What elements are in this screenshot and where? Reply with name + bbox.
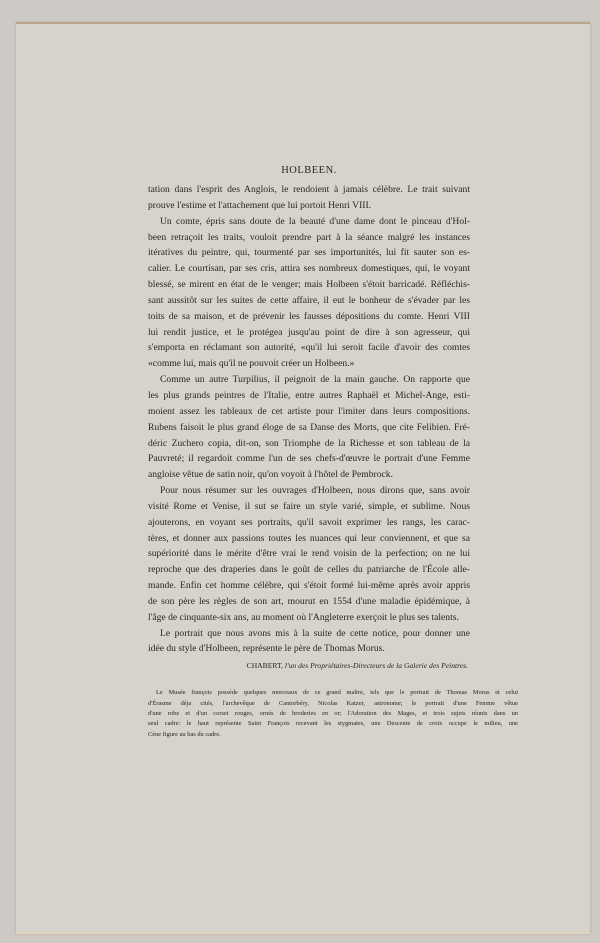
text-line: de son père les règles de son art, mouru… (148, 594, 470, 610)
footnote-line: seul cadre: le haut représente Saint Fra… (148, 719, 518, 729)
text-line: s'emporta en réclamant son autorité, «qu… (148, 340, 470, 356)
paragraph: tation dans l'esprit des Anglois, le ren… (148, 182, 470, 214)
text-line: prouve l'estime et l'attachement que lui… (148, 198, 470, 214)
text-line: Un comte, épris sans doute de la beauté … (148, 214, 470, 230)
footnote-line: Cène figure au bas du cadre. (148, 730, 518, 740)
text-line: mande. Enfin cet homme célèbre, qui s'ét… (148, 578, 470, 594)
text-line: Rubens faisoit le plus grand éloge de sa… (148, 420, 470, 436)
text-line: moient assez les tableaux de cet artiste… (148, 404, 470, 420)
paragraph: Le portrait que nous avons mis à la suit… (148, 626, 470, 658)
signature: CHABERT, l'un des Propriétaires-Directeu… (148, 661, 470, 670)
text-line: been retraçoit les traits, vouloit prend… (148, 230, 470, 246)
text-line: les plus grands peintres de l'Italie, en… (148, 388, 470, 404)
text-line: sant aussitôt sur les suites de cette af… (148, 293, 470, 309)
text-line: «comme lui, mais qu'il ne pouvoit créer … (148, 356, 470, 372)
text-line: Comme un autre Turpilius, il peignoit de… (148, 372, 470, 388)
text-line: idée du style d'Holbeen, représente le p… (148, 641, 470, 657)
text-line: Pauvreté; il regardoit comme l'un de ses… (148, 451, 470, 467)
text-line: blessé, se mirent en état de le venger; … (148, 277, 470, 293)
page-text: HOLBEEN. tation dans l'esprit des Angloi… (148, 163, 470, 740)
text-line: l'âge de cinquante-six ans, au moment où… (148, 610, 470, 626)
text-line: tères, et donner aux passions toutes les… (148, 531, 470, 547)
text-line: Le portrait que nous avons mis à la suit… (148, 626, 470, 642)
footnote-line: Le Musée françois possède quelques morce… (148, 688, 518, 698)
text-line: tation dans l'esprit des Anglois, le ren… (148, 182, 470, 198)
footnote-line: d'une robe et d'un corset rouges, ornés … (148, 709, 518, 719)
paragraph: Un comte, épris sans doute de la beauté … (148, 214, 470, 372)
text-line: déric Zuchero copia, dit-on, son Triomph… (148, 436, 470, 452)
footnote: Le Musée françois possède quelques morce… (148, 688, 518, 740)
paragraph: Pour nous résumer sur les ouvrages d'Hol… (148, 483, 470, 626)
signature-role: l'un des Propriétaires-Directeurs de la … (285, 661, 468, 670)
text-line: lui rendit justice, et le protégea jusqu… (148, 325, 470, 341)
footnote-line: d'Érasme déja cités, l'archevêque de Can… (148, 699, 518, 709)
text-line: ajouterons, en voyant ses portraits, qu'… (148, 515, 470, 531)
text-line: visité Rome et Venise, il sut se faire u… (148, 499, 470, 515)
text-line: Pour nous résumer sur les ouvrages d'Hol… (148, 483, 470, 499)
text-line: reproche que des draperies dans le goût … (148, 562, 470, 578)
text-line: toits de sa maison, et de prévenir les f… (148, 309, 470, 325)
text-line: calier. Le courtisan, par ses cris, atti… (148, 261, 470, 277)
signature-name: CHABERT, (247, 661, 283, 670)
text-line: supériorité dans le mérite d'être vrai l… (148, 546, 470, 562)
text-line: itératives du peintre, qui, tourmenté pa… (148, 245, 470, 261)
text-line: angloise vêtue de satin noir, qu'on voyo… (148, 467, 470, 483)
page-title: HOLBEEN. (148, 163, 470, 179)
paragraph: Comme un autre Turpilius, il peignoit de… (148, 372, 470, 483)
